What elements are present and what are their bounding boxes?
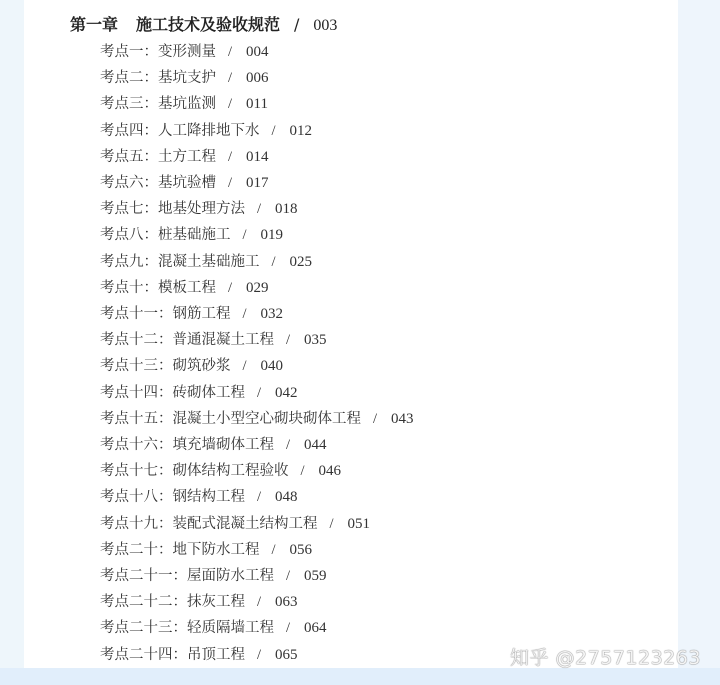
toc-item-label: 考点六： — [100, 175, 158, 191]
toc-item-page: 065 — [275, 647, 298, 663]
toc-item-label: 考点二十： — [100, 542, 173, 558]
toc-item-page: 032 — [261, 306, 284, 322]
toc-item: 考点八：桩基础施工/019 — [100, 223, 283, 244]
toc-item-separator: / — [243, 306, 247, 322]
toc-item: 考点三：基坑监测/011 — [100, 92, 268, 113]
toc-item-page: 035 — [304, 332, 327, 348]
toc-item-title: 基坑监测 — [158, 96, 216, 112]
toc-item: 考点十六：填充墙砌体工程/044 — [100, 433, 327, 454]
toc-item-page: 059 — [304, 568, 327, 584]
toc-item: 考点十二：普通混凝土工程/035 — [100, 328, 327, 349]
toc-item-label: 考点十二： — [100, 332, 173, 348]
toc-item-title: 砌体结构工程验收 — [173, 463, 289, 479]
toc-item: 考点十九：装配式混凝土结构工程/051 — [100, 512, 370, 533]
toc-item-page: 040 — [261, 358, 284, 374]
toc-item: 考点五：土方工程/014 — [100, 145, 269, 166]
toc-item-separator: / — [243, 358, 247, 374]
toc-item-page: 018 — [275, 201, 298, 217]
toc-item-page: 004 — [246, 44, 269, 60]
toc-item: 考点二十三：轻质隔墙工程/064 — [100, 616, 327, 637]
toc-item-label: 考点五： — [100, 149, 158, 165]
toc-item-title: 混凝土基础施工 — [158, 254, 260, 270]
chapter-page: 003 — [313, 17, 337, 34]
toc-item: 考点十五：混凝土小型空心砌块砌体工程/043 — [100, 407, 414, 428]
toc-item-page: 011 — [246, 96, 268, 112]
toc-item: 考点六：基坑验槽/017 — [100, 171, 269, 192]
toc-item-label: 考点三： — [100, 96, 158, 112]
toc-item-title: 轻质隔墙工程 — [187, 620, 274, 636]
toc-item-separator: / — [243, 227, 247, 243]
toc-item-title: 模板工程 — [158, 280, 216, 296]
toc-item: 考点一：变形测量/004 — [100, 40, 269, 61]
toc-item: 考点十：模板工程/029 — [100, 276, 269, 297]
toc-item-label: 考点十七： — [100, 463, 173, 479]
toc-item-page: 042 — [275, 385, 298, 401]
toc-item-separator: / — [228, 175, 232, 191]
toc-item-separator: / — [228, 96, 232, 112]
toc-item-title: 变形测量 — [158, 44, 216, 60]
toc-item-title: 普通混凝土工程 — [173, 332, 275, 348]
toc-item-title: 桩基础施工 — [158, 227, 231, 243]
toc-item-page: 056 — [290, 542, 313, 558]
toc-item-title: 钢筋工程 — [173, 306, 231, 322]
toc-item-separator: / — [257, 201, 261, 217]
toc-item-title: 地下防水工程 — [173, 542, 260, 558]
toc-item-title: 装配式混凝土结构工程 — [173, 516, 318, 532]
toc-item-label: 考点十六： — [100, 437, 173, 453]
toc-item-separator: / — [228, 44, 232, 60]
toc-item-page: 063 — [275, 594, 298, 610]
scan-edge-right — [678, 0, 720, 685]
toc-item-separator: / — [330, 516, 334, 532]
scan-edge-left — [0, 0, 24, 685]
toc-item: 考点二十一：屋面防水工程/059 — [100, 564, 327, 585]
toc-item-label: 考点二十四： — [100, 647, 187, 663]
toc-item-page: 014 — [246, 149, 269, 165]
toc-item-separator: / — [228, 70, 232, 86]
toc-item-title: 砌筑砂浆 — [173, 358, 231, 374]
toc-item: 考点十八：钢结构工程/048 — [100, 485, 298, 506]
chapter-title: 施工技术及验收规范 — [136, 15, 280, 34]
toc-item-label: 考点十三： — [100, 358, 173, 374]
toc-item-page: 043 — [391, 411, 414, 427]
toc-item-page: 046 — [319, 463, 342, 479]
toc-item-separator: / — [286, 437, 290, 453]
toc-item-label: 考点二十一： — [100, 568, 187, 584]
chapter-label: 第一章 — [70, 15, 118, 34]
toc-item: 考点四：人工降排地下水/012 — [100, 119, 312, 140]
toc-item-label: 考点四： — [100, 123, 158, 139]
toc-item-separator: / — [257, 489, 261, 505]
toc-item-page: 025 — [290, 254, 313, 270]
toc-item-title: 人工降排地下水 — [158, 123, 260, 139]
toc-item-page: 012 — [290, 123, 313, 139]
toc-item: 考点二十：地下防水工程/056 — [100, 538, 312, 559]
toc-item: 考点十七：砌体结构工程验收/046 — [100, 459, 341, 480]
toc-item-separator: / — [301, 463, 305, 479]
toc-item-separator: / — [257, 385, 261, 401]
toc-item-label: 考点二： — [100, 70, 158, 86]
toc-item-label: 考点十八： — [100, 489, 173, 505]
toc-item-page: 006 — [246, 70, 269, 86]
toc-item-label: 考点十一： — [100, 306, 173, 322]
toc-item-label: 考点九： — [100, 254, 158, 270]
toc-item-label: 考点二十三： — [100, 620, 187, 636]
toc-item: 考点七：地基处理方法/018 — [100, 197, 298, 218]
toc-item: 考点九：混凝土基础施工/025 — [100, 250, 312, 271]
toc-item-label: 考点一： — [100, 44, 158, 60]
toc-item-page: 064 — [304, 620, 327, 636]
toc-item: 考点十三：砌筑砂浆/040 — [100, 354, 283, 375]
toc-item-separator: / — [272, 542, 276, 558]
toc-item-page: 048 — [275, 489, 298, 505]
toc-item-title: 地基处理方法 — [158, 201, 245, 217]
toc-item-title: 吊顶工程 — [187, 647, 245, 663]
scan-edge-bottom — [0, 668, 720, 685]
toc-item-title: 抹灰工程 — [187, 594, 245, 610]
toc-item-separator: / — [272, 123, 276, 139]
toc-item-title: 砖砌体工程 — [173, 385, 246, 401]
toc-item-separator: / — [272, 254, 276, 270]
toc-item-title: 填充墙砌体工程 — [173, 437, 275, 453]
toc-item-page: 019 — [261, 227, 284, 243]
toc-item: 考点二十四：吊顶工程/065 — [100, 643, 298, 664]
toc-item-label: 考点十九： — [100, 516, 173, 532]
toc-item-label: 考点七： — [100, 201, 158, 217]
toc-item-separator: / — [228, 149, 232, 165]
watermark: 知乎 @2757123263 — [510, 643, 701, 670]
chapter-separator: / — [294, 15, 299, 34]
chapter-heading: 第一章施工技术及验收规范/003 — [70, 12, 337, 35]
toc-item-label: 考点二十二： — [100, 594, 187, 610]
toc-item-title: 混凝土小型空心砌块砌体工程 — [173, 411, 362, 427]
toc-item-title: 土方工程 — [158, 149, 216, 165]
toc-item-page: 017 — [246, 175, 269, 191]
toc-item-title: 基坑支护 — [158, 70, 216, 86]
toc-item-separator: / — [257, 647, 261, 663]
toc-item-separator: / — [286, 620, 290, 636]
toc-item-label: 考点十五： — [100, 411, 173, 427]
toc-item-separator: / — [373, 411, 377, 427]
toc-item: 考点十一：钢筋工程/032 — [100, 302, 283, 323]
toc-item-label: 考点十四： — [100, 385, 173, 401]
toc-item-page: 044 — [304, 437, 327, 453]
toc-item: 考点十四：砖砌体工程/042 — [100, 381, 298, 402]
toc-item-page: 051 — [348, 516, 371, 532]
toc-item-label: 考点十： — [100, 280, 158, 296]
toc-item-title: 屋面防水工程 — [187, 568, 274, 584]
toc-item: 考点二：基坑支护/006 — [100, 66, 269, 87]
toc-item-separator: / — [286, 332, 290, 348]
toc-item-separator: / — [286, 568, 290, 584]
toc-item-page: 029 — [246, 280, 269, 296]
toc-item-label: 考点八： — [100, 227, 158, 243]
toc-item-title: 钢结构工程 — [173, 489, 246, 505]
toc-item-separator: / — [228, 280, 232, 296]
toc-item: 考点二十二：抹灰工程/063 — [100, 590, 298, 611]
toc-item-separator: / — [257, 594, 261, 610]
toc-item-title: 基坑验槽 — [158, 175, 216, 191]
